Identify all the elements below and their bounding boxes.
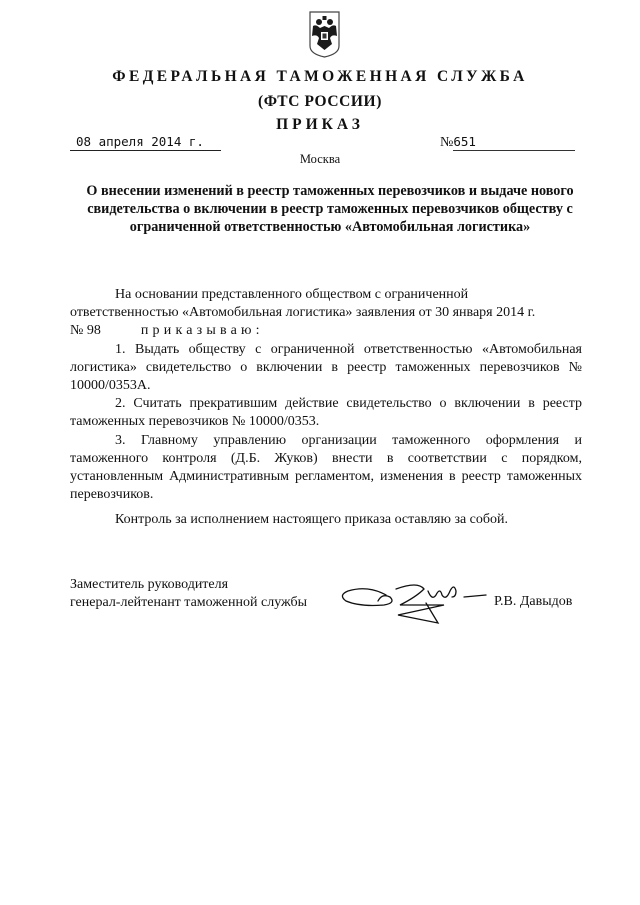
signatory-position: Заместитель руководителя генерал-лейтена… (70, 576, 307, 612)
document-type: ПРИКАЗ (0, 116, 640, 134)
agency-name: ФЕДЕРАЛЬНАЯ ТАМОЖЕННАЯ СЛУЖБА (0, 68, 640, 86)
order-item-3: 3. Главному управлению организации тамож… (70, 432, 582, 505)
document-title: О внесении изменений в реестр таможенных… (80, 182, 580, 236)
preamble-line-1: На основании представленного обществом с… (70, 286, 582, 304)
number-sign: № (440, 135, 453, 151)
position-line-1: Заместитель руководителя (70, 576, 307, 594)
coat-of-arms-icon (308, 10, 341, 58)
signatory-name: Р.В. Давыдов (494, 594, 572, 610)
document-date: 08 апреля 2014 г. (70, 134, 221, 151)
order-verb: приказываю: (141, 323, 264, 338)
position-line-2: генерал-лейтенант таможенной службы (70, 594, 307, 612)
number-value: 651 (453, 134, 575, 151)
document-number: №651 (440, 134, 582, 151)
preamble-number: № 98 (70, 323, 101, 338)
city: Москва (0, 152, 640, 167)
handwritten-signature-icon (338, 575, 498, 627)
preamble-line-2: ответственностью «Автомобильная логистик… (70, 304, 582, 322)
document-body: На основании представленного обществом с… (70, 286, 582, 504)
order-item-2: 2. Считать прекратившим действие свидете… (70, 395, 582, 431)
preamble-line-3: № 98приказываю: (70, 322, 582, 340)
control-clause: Контроль за исполнением настоящего прика… (70, 512, 582, 528)
order-item-1: 1. Выдать обществу с ограниченной ответс… (70, 341, 582, 396)
agency-short-name: (ФТС РОССИИ) (0, 93, 640, 111)
